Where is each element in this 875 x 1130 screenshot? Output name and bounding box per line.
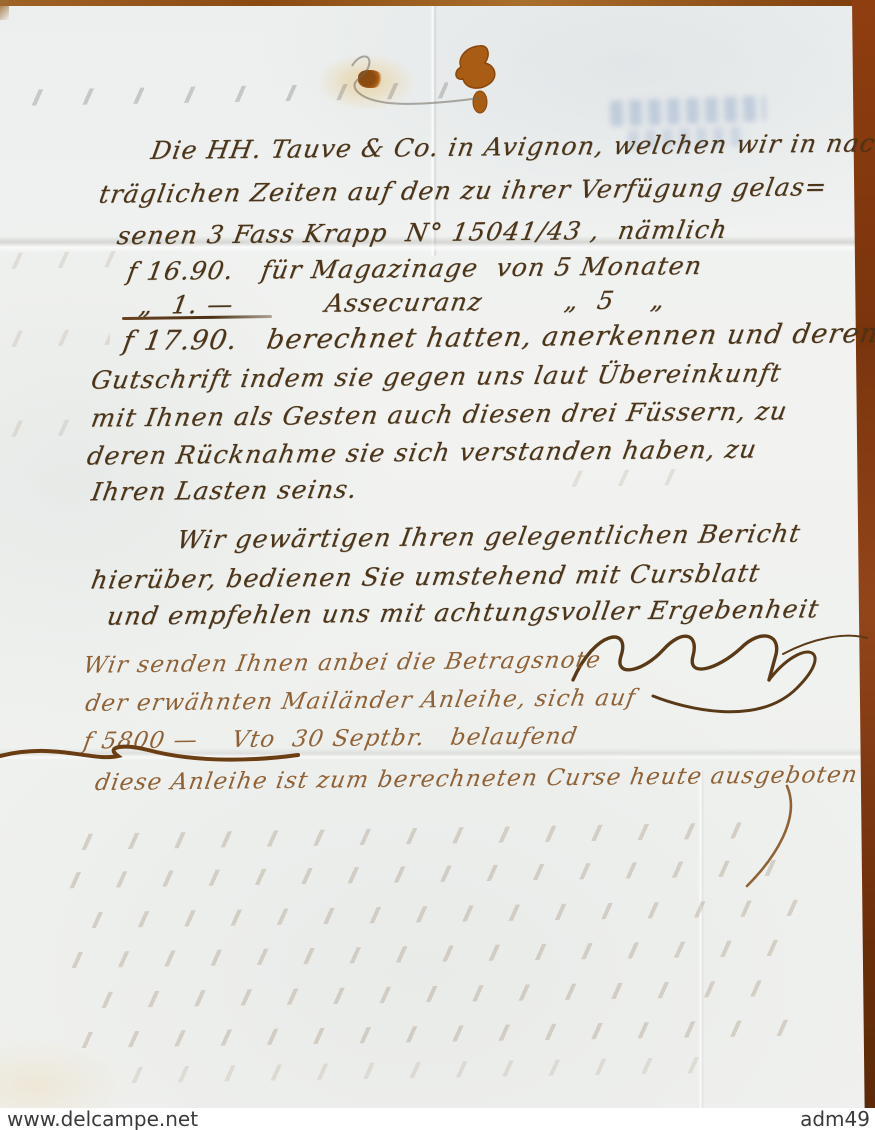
letter-line-insurance-fee: „ 1. — Assecuranz „ 5 „	[137, 285, 668, 319]
scan-mat-edge-top	[0, 0, 875, 6]
scan-mat-corner-top-left	[0, 0, 9, 20]
watermark-strip: www.delcampe.net adm49	[0, 1108, 875, 1130]
letterhead-bleedthrough	[610, 95, 767, 126]
postscript-descender-flourish	[735, 782, 805, 892]
letter-line: Ihren Lasten seins.	[89, 475, 360, 507]
postscript-line: Wir senden Ihnen anbei die Betragsnote	[81, 647, 603, 678]
watermark-delcampe: www.delcampe.net	[7, 1108, 198, 1130]
pen-stroke-over-seal	[330, 48, 490, 118]
letter-scan: Die HH. Tauve & Co. in Avignon, welchen …	[0, 0, 875, 1130]
letter-line-storage-fee: f 16.90. für Magazinage von 5 Monaten	[125, 251, 705, 286]
watermark-seller-id: adm49	[800, 1108, 870, 1130]
